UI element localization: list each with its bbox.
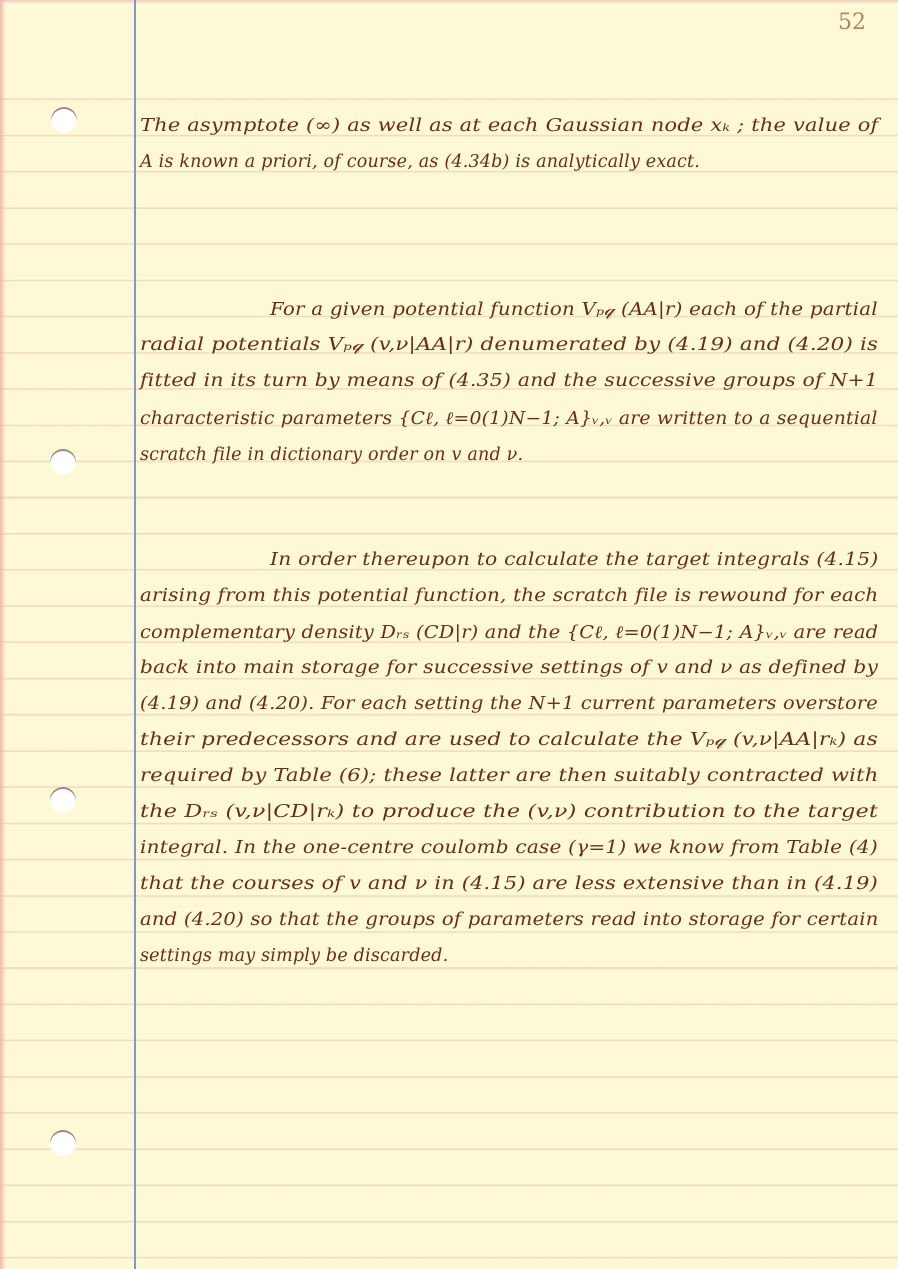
text-line: In order thereupon to calculate the targ… [270, 550, 878, 570]
punch-hole [50, 449, 76, 475]
text-line: complementary density Dᵣₛ (CD|r) and the… [140, 622, 878, 643]
page-number: 52 [838, 10, 866, 35]
page-left-edge [0, 0, 6, 1269]
text-line: their predecessors and are used to calcu… [140, 730, 878, 750]
notebook-page: 52 The asymptote (∞) as well as at each … [0, 0, 898, 1269]
text-line: (4.19) and (4.20). For each setting the … [140, 694, 878, 714]
margin-line [134, 0, 136, 1269]
text-line: the Dᵣₛ (v,ν|CD|rₖ) to produce the (v,ν)… [140, 802, 878, 822]
text-line: scratch file in dictionary order on v an… [140, 445, 523, 465]
text-line: that the courses of v and ν in (4.15) ar… [140, 874, 878, 894]
text-line: back into main storage for successive se… [140, 658, 878, 678]
text-line: fitted in its turn by means of (4.35) an… [140, 371, 878, 391]
punch-hole [51, 107, 77, 133]
text-line: The asymptote (∞) as well as at each Gau… [140, 116, 879, 136]
text-line: A is known a priori, of course, as (4.34… [140, 152, 700, 172]
text-line: arising from this potential function, th… [140, 586, 878, 606]
text-line: required by Table (6); these latter are … [140, 766, 879, 786]
text-line: For a given potential function Vₚ𝓆 (AA|r… [270, 300, 878, 320]
punch-hole [50, 1130, 76, 1156]
text-line: and (4.20) so that the groups of paramet… [140, 910, 879, 930]
text-line: integral. In the one-centre coulomb case… [140, 838, 878, 858]
text-line: settings may simply be discarded. [140, 946, 448, 966]
text-line: characteristic parameters {Cℓ, ℓ=0(1)N−1… [140, 408, 878, 429]
punch-hole [50, 787, 76, 813]
text-line: radial potentials Vₚ𝓆 (v,ν|AA|r) denumer… [140, 335, 878, 355]
